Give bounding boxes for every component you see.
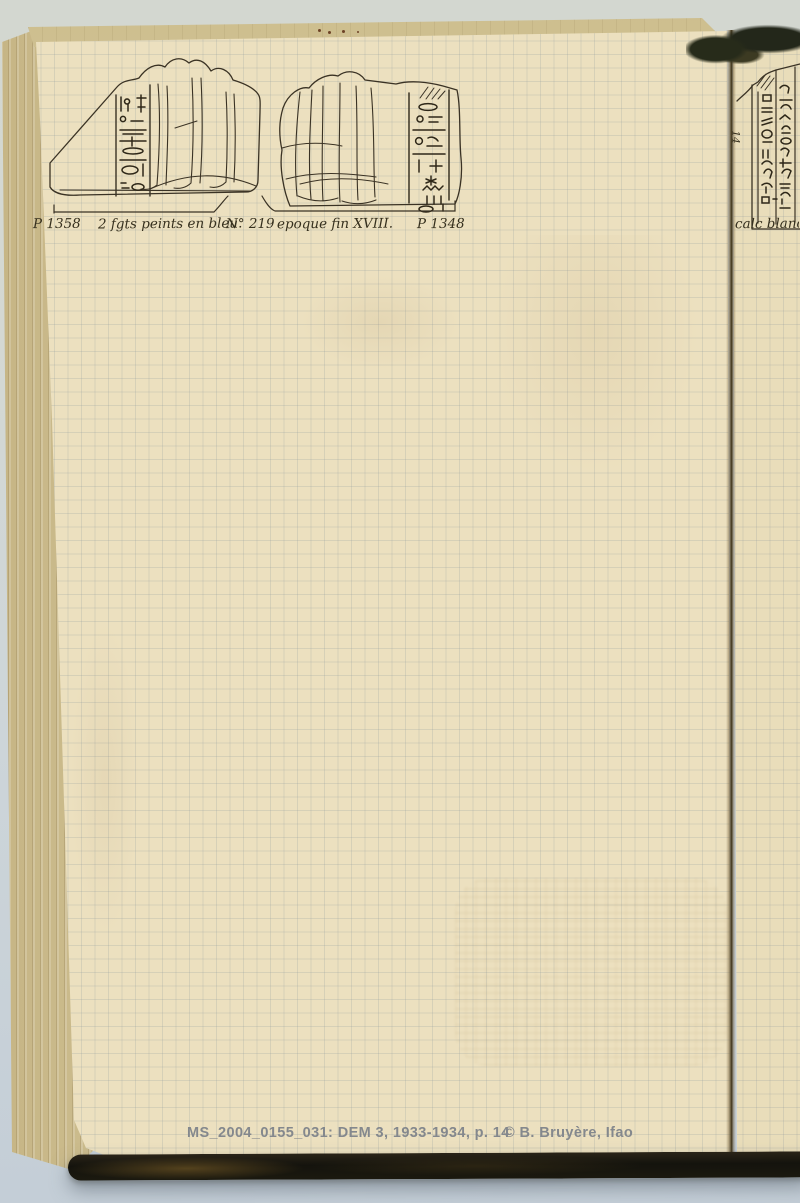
- paper-speck: [318, 29, 321, 32]
- caption-epoch: epoque fin XVIII.: [277, 216, 393, 233]
- notebook-page-left: [0, 0, 800, 1203]
- paper-speck: [342, 30, 345, 33]
- cover-edge-bottom: [68, 1151, 800, 1180]
- caption-description: 2 fgts peints en bleu.: [98, 215, 242, 232]
- paper-speck: [357, 31, 359, 33]
- paper-speck: [328, 31, 331, 34]
- copyright-credit: © B. Bruyère, Ifao: [504, 1125, 633, 1141]
- caption-item-number: N° 219: [226, 216, 275, 232]
- scanned-notebook-spread: P 1358 2 fgts peints en bleu. N° 219 epo…: [0, 0, 800, 1203]
- caption-side-page: calc blanc. c: [735, 216, 799, 232]
- side-page-number: 14: [730, 130, 742, 143]
- caption-inventory-right: P 1348: [417, 216, 465, 232]
- caption-inventory-left: P 1358: [33, 216, 81, 232]
- book-gutter: [726, 30, 736, 1160]
- binding-wear-top: [686, 18, 800, 64]
- archive-reference: MS_2004_0155_031: DEM 3, 1933-1934, p. 1…: [187, 1125, 510, 1141]
